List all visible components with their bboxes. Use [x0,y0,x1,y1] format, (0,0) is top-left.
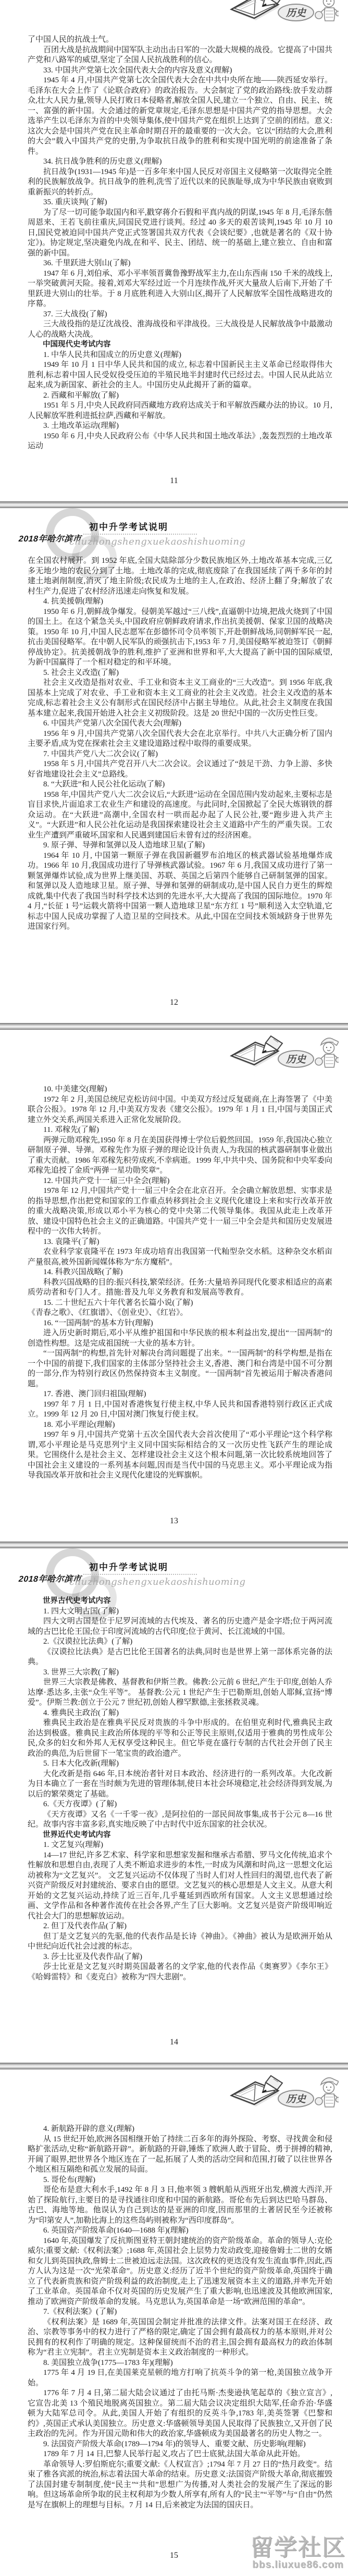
student-mascot-icon [315,0,339,21]
paragraph: 33. 中国共产党第七次全国代表大会的内容及意义(理解) [28,66,332,76]
paragraph: 1950 年 6 月,中央人民政府公布《中华人民共和国土地改革法》,轰轰烈烈的土… [28,432,332,452]
paragraph: 17. 香港、澳门回归祖国(理解) [28,1389,332,1400]
page-body-text: 在全国农村展开。到 1952 年底,全国大陆除部分少数民族地区外,土地改革基本完… [0,556,348,932]
paragraph: 两弹元勋邓稼先,1950 年 8 月在美国获得博士学位后毅然回国。1959 年,… [28,1136,332,1176]
paragraph: 4. 抗美援朝(理解) [28,597,332,607]
paragraph: 36. 千里跃进大别山(了解) [28,258,332,269]
paragraph: 了中国人民的抗战士气。 [28,35,332,45]
paragraph: 13. 袁隆平(了解) [28,1237,332,1248]
paragraph: 1. 四大文明古国(了解) [28,1607,332,1617]
paragraph: 1958 年,中国共产党八大二次会议后,“大跃进”运动在全国范围内发动起来,主要… [28,790,332,841]
paragraph: 1956 年 9 月,中国共产党第八次全国代表大会在北京举行。中共八大正确分析了… [28,729,332,749]
paragraph: 《汉谟拉比法典》是古巴比伦王国著名的法典,同时也是世界上第一部体系完备的法典。 [28,1647,332,1668]
paragraph: 14. 科教兴国战略(了解) [28,1267,332,1278]
page-header-banner-slot: 2018年哈尔滨市 初中升学考试说明 chuzhongshengxuekaosh… [0,1548,348,1596]
subject-bubble: 历史 [278,2090,314,2107]
paragraph: 1. 文艺复兴(理解) [28,1840,332,1851]
paragraph: 1. 中华人民共和国成立的历史意义(理解) [28,350,332,361]
banner-dotted-rule [83,1574,197,1575]
paragraph: 16. “一国两制”的基本方针(理解) [28,1318,332,1329]
paragraph: 进入历史新时期后,邓小平从维护祖国和中华民族的根本利益出发,提出“一国两制”的创… [28,1328,332,1349]
paragraph: 农业科学家袁隆平在 1973 年成功培育出我国第一代籼型杂交水稻。这种杂交水稻亩… [28,1247,332,1267]
page-number: 14 [0,2038,348,2063]
paragraph: 三大战役指的是辽沈战役、淮海战役和平津战役。三大战役是人民解放战争中最激动人心的… [28,319,332,340]
banner-pinyin: chuzhongshengxuekaoshishuoming [69,536,246,547]
paragraph: 为了尽一切可能争取国内和平,戳穿蒋介石假和平真内战的阴谋,1945 年 8 月,… [28,208,332,259]
page-number: 15 [0,2551,348,2576]
paragraph: 6.《天方夜谭》(了解) [28,1799,332,1810]
banner-title: 初中升学考试说明 [89,1560,168,1573]
paragraph: 6. 英国资产阶级革命(1640—1688 年)(理解) [28,2226,332,2236]
paragraph: 5. 社会主义改造(了解) [28,668,332,679]
paragraph: 1997 年 7 月 1 日,中国对香港恢复行使主权,中华人民共和国香港特别行政… [28,1400,332,1420]
scanned-page: 2018年哈尔滨市 初中升学考试说明 chuzhongshengxuekaosh… [0,1548,348,2063]
paragraph: 34. 抗日战争胜利的历史意义(理解) [28,157,332,167]
student-mascot-icon [315,2078,339,2107]
paragraph: 8. “大跃进”和人民公社化运动(了解) [28,780,332,790]
page-header-banner: 2018年哈尔滨市 初中升学考试说明 chuzhongshengxuekaosh… [0,508,348,552]
paragraph: 2.《汉谟拉比法典》(了解) [28,1637,332,1647]
paragraph: 1776 年 7 月 4 日,第二届大陆会议通过了由托马斯·杰斐逊执笔起草的《独… [28,2388,332,2439]
page-divider [0,501,348,508]
banner-title: 初中升学考试说明 [89,520,168,533]
paragraph: 雅典民主政治是在雅典平民反对贵族的斗争中形成的。在伯里克利时代,雅典民主政治达到… [28,1718,332,1759]
page-header-banner-slot: 2018年哈尔滨市 初中升学考试说明 chuzhongshengxuekaosh… [0,508,348,556]
paragraph: 4. 雅典民主政治(了解) [28,1708,332,1719]
paragraph: 9. 原子弹、导弹和氢弹以及人造地球卫星(了解) [28,841,332,851]
scanned-page: 历史 10. 中美建交(理解)1972 年 2 月,美国总统尼克松访问中国。中美… [0,1030,348,1542]
paragraph: 18. 邓小平理论(理解) [28,1420,332,1431]
paragraph: 1945 年 4 月,中国共产党第七次全国代表大会在中共中央所在地——陕西延安举… [28,76,332,157]
scanned-page: 2018年哈尔滨市 初中升学考试说明 chuzhongshengxuekaosh… [0,508,348,1023]
paragraph: 1978 年 12 月,中国共产党十一届三中全会在北京召开。全会确立解放思想、实… [28,1186,332,1237]
paragraph: 革命领导人:罗伯斯庇尔;重要文献:《人权宣言》;1794 年 7 月 27 日的… [28,2460,332,2511]
page-divider [0,2063,348,2069]
paragraph: 社会主义改造是指对农业、手工业和资本主义工商业的“三大改造”。到 1956 年底… [28,678,332,719]
page-number: 12 [0,998,348,1023]
paragraph: 1951 年 5 月,中央人民政府同西藏地方政府达成关于和平解放西藏办法的协议。… [28,401,332,421]
paragraph: 14—17 世纪,许多艺术家、科学家和思想家发掘和继承古希腊、罗马文化传统,追求… [28,1851,332,1922]
paragraph: 从 15 世纪开始,欧洲各国相继开始了持续二百多年的海外探险、考察、寻找黄金和侵… [28,2135,332,2175]
paragraph: 1789 年 7 月 14 日,巴黎人民举行起义,攻占了巴士底狱,法国大革命从此… [28,2449,332,2460]
section-heading: 中国现代史考试内容 [28,340,332,350]
paragraph: 1949 年 10 月 1 日中华人民共和国的成立, 标志着中国新民主主义革命已… [28,360,332,391]
paragraph: 5. 哥伦布(理解) [28,2175,332,2186]
scanned-exam-guide-document: 历史 了中国人民的抗战士气。百团大战是抗战期间中国军队主动出击日军的一次最大规模… [0,0,348,2576]
paragraph: 4. 新航路开辟的意义(理解) [28,2124,332,2135]
paragraph: 科教兴国战略的目的:振兴科技,繁荣经济。任务:大量培养同现代化要求相适应的高素质… [28,1278,332,1298]
paragraph: 7.《权利法案》(了解) [28,2307,332,2318]
page-corner-illustration: 历史 [223,2073,339,2114]
page-number: 13 [0,1517,348,1542]
paragraph: 12. 中国共产党十一届三中全会(理解) [28,1176,332,1187]
paragraph: 1997 年 9 月,中国共产党第十五次全国代表大会首次使用了“邓小平理论”这个… [28,1430,332,1481]
page-header-banner: 2018年哈尔滨市 初中升学考试说明 chuzhongshengxuekaosh… [0,1548,348,1592]
paragraph: “一国两制”的构想,首先针对解决台湾问题提了出来。“一国两制”的科学构想,是指在… [28,1349,332,1389]
paragraph: 10. 中美建交(理解) [28,1084,332,1095]
paragraph: 但丁是文艺复兴的先驱,他的代表作品是长诗《神曲》。《神曲》被认为是欧洲开始从中世… [28,1932,332,1952]
paragraph: 1972 年 2 月,美国总统尼克松访问中国。中美双方经过反复磋商,在上海签署了… [28,1095,332,1126]
paragraph: 莎士比亚是文艺复兴时期英国最著名的文学家,他的代表作品《奥赛罗》《李尔王》《哈姆… [28,1962,332,1982]
paragraph: 2. 但丁及代表作品(了解) [28,1921,332,1932]
page-corner-illustration-slot: 历史 [223,1033,339,1077]
page-corner-illustration-slot: 历史 [223,2073,339,2117]
paragraph: 11. 邓稼先(了解) [28,1125,332,1136]
paragraph: 1958 年 5 月,中国共产党召开八大二次会议。会议通过了“鼓足干劲、力争上游… [28,759,332,780]
paragraph: 3. 世界三大宗教(了解) [28,1668,332,1678]
scanned-page: 历史 4. 新航路开辟的意义(理解)从 15 世纪开始,欧洲各国相继开始了持续二… [0,2069,348,2576]
page-corner-illustration-slot: 历史 [223,0,339,31]
page-body-text: 世界古代史考试内容1. 四大文明古国(了解)四大文明古国是位于尼罗河流域的古代埃… [0,1596,348,1982]
page-divider [0,1023,348,1030]
paragraph: 35. 重庆谈判(了解) [28,198,332,208]
page-body-text: 了中国人民的抗战士气。百团大战是抗战期间中国军队主动出击日军的一次最大规模的战役… [0,35,348,452]
subject-label: 历史 [285,7,307,19]
paragraph: 1950 年 6 月,朝鲜战争爆发。侵朝美军越过“三八线”,直逼朝中边境,把战火… [28,607,332,668]
paragraph: 《青春之歌》、《红旗谱》、《创业史》、《红岩》。 [28,1308,332,1318]
page-body-text: 10. 中美建交(理解)1972 年 2 月,美国总统尼克松访问中国。中美双方经… [0,1084,348,1481]
paragraph: 百团大战是抗战期间中国军队主动出击日军的一次最大规模的战役。它提高了中国共产党和… [28,45,332,66]
paragraph: 大化改新是指 646 年,日本统治者针对日本政治、经济进行的一系列改革。大化改新… [28,1769,332,1800]
paragraph: 1964 年 10 月, 中国第一颗原子弹在我国新疆罗布泊地区的核武器试验基地爆… [28,851,332,932]
page-divider [0,1542,348,1548]
paragraph: 1947 年 6 月,刘伯承、邓小平率领晋冀鲁豫野战军主力,在山东西南 150 … [28,269,332,310]
scanned-page: 历史 了中国人民的抗战士气。百团大战是抗战期间中国军队主动出击日军的一次最大规模… [0,0,348,501]
paragraph: 3. 土地改革运动(理解) [28,421,332,432]
paragraph: 7. 中国共产党八大二次会议(了解) [28,749,332,760]
section-heading: 世界近代史考试内容 [28,1830,332,1841]
paragraph: 1775 年 4 月 19 日,在美国莱克星顿的地方打响了抗英斗争的第一枪,美国… [28,2368,332,2388]
paragraph: 四大文明古国是位于尼罗河流域的古代埃及、著名的历史遗产是金字塔;位于两河流域的古… [28,1617,332,1637]
pencil-icon [263,2076,282,2092]
subject-label: 历史 [285,2093,307,2105]
page-corner-illustration: 历史 [223,0,339,28]
paragraph: 37. 三大战役(了解) [28,310,332,320]
banner-dotted-rule [83,534,197,535]
subject-bubble: 历史 [278,1051,314,1067]
paragraph: 9. 法国资产阶级大革命(1789—1794 年)的领导人、重要文献、历史影响(… [28,2439,332,2450]
paragraph: 15. 二十世纪五六十年代著名长篇小说(了解) [28,1298,332,1309]
paragraph: 《天方夜谭》又名《一千零一夜》,是阿拉伯的一部民间故事集,成书于公元 8—16 … [28,1810,332,1830]
paragraph: 世界三大宗教是佛教、基督教和伊斯兰教。佛教:公元前 6 世纪,产生于印度,创始人… [28,1678,332,1708]
page-body-text: 4. 新航路开辟的意义(理解)从 15 世纪开始,欧洲各国相继开始了持续二百多年… [0,2124,348,2510]
subject-label: 历史 [285,1054,307,1065]
paragraph: 8. 美国独立战争(1775—1783 年)(理解) [28,2358,332,2369]
paragraph: 2. 西藏和平解放(了解) [28,391,332,401]
subject-bubble: 历史 [278,4,314,21]
paragraph: 5. 日本大化改新(理解) [28,1759,332,1769]
paragraph: 抗日战争(1931—1945 年)是一百多年来中国人民反对帝国主义侵略第一次取得… [28,167,332,198]
page-number: 11 [0,476,348,501]
banner-pinyin: chuzhongshengxuekaoshishuoming [69,1576,246,1587]
paragraph: 6. 中国共产党第八次全国代表大会(理解) [28,719,332,729]
student-mascot-icon [315,1038,339,1067]
paragraph: 《权利法案》是 1689 年,英国国会制定并批准的法律文件。法案对国王在经济、政… [28,2318,332,2358]
pencil-icon [263,1036,282,1053]
paragraph: 1640 年,英国爆发了反抗斯图亚特王朝封建统治的资产阶级革命。革命的领导人:克… [28,2236,332,2308]
paragraph: 哥伦布是意大利水手,1492 年 8 月 3 日,他率领 3 艘帆船从西班牙出发… [28,2185,332,2226]
paragraph: 3. 莎士比亚及代表作品(了解) [28,1952,332,1963]
page-corner-illustration: 历史 [223,1033,339,1075]
